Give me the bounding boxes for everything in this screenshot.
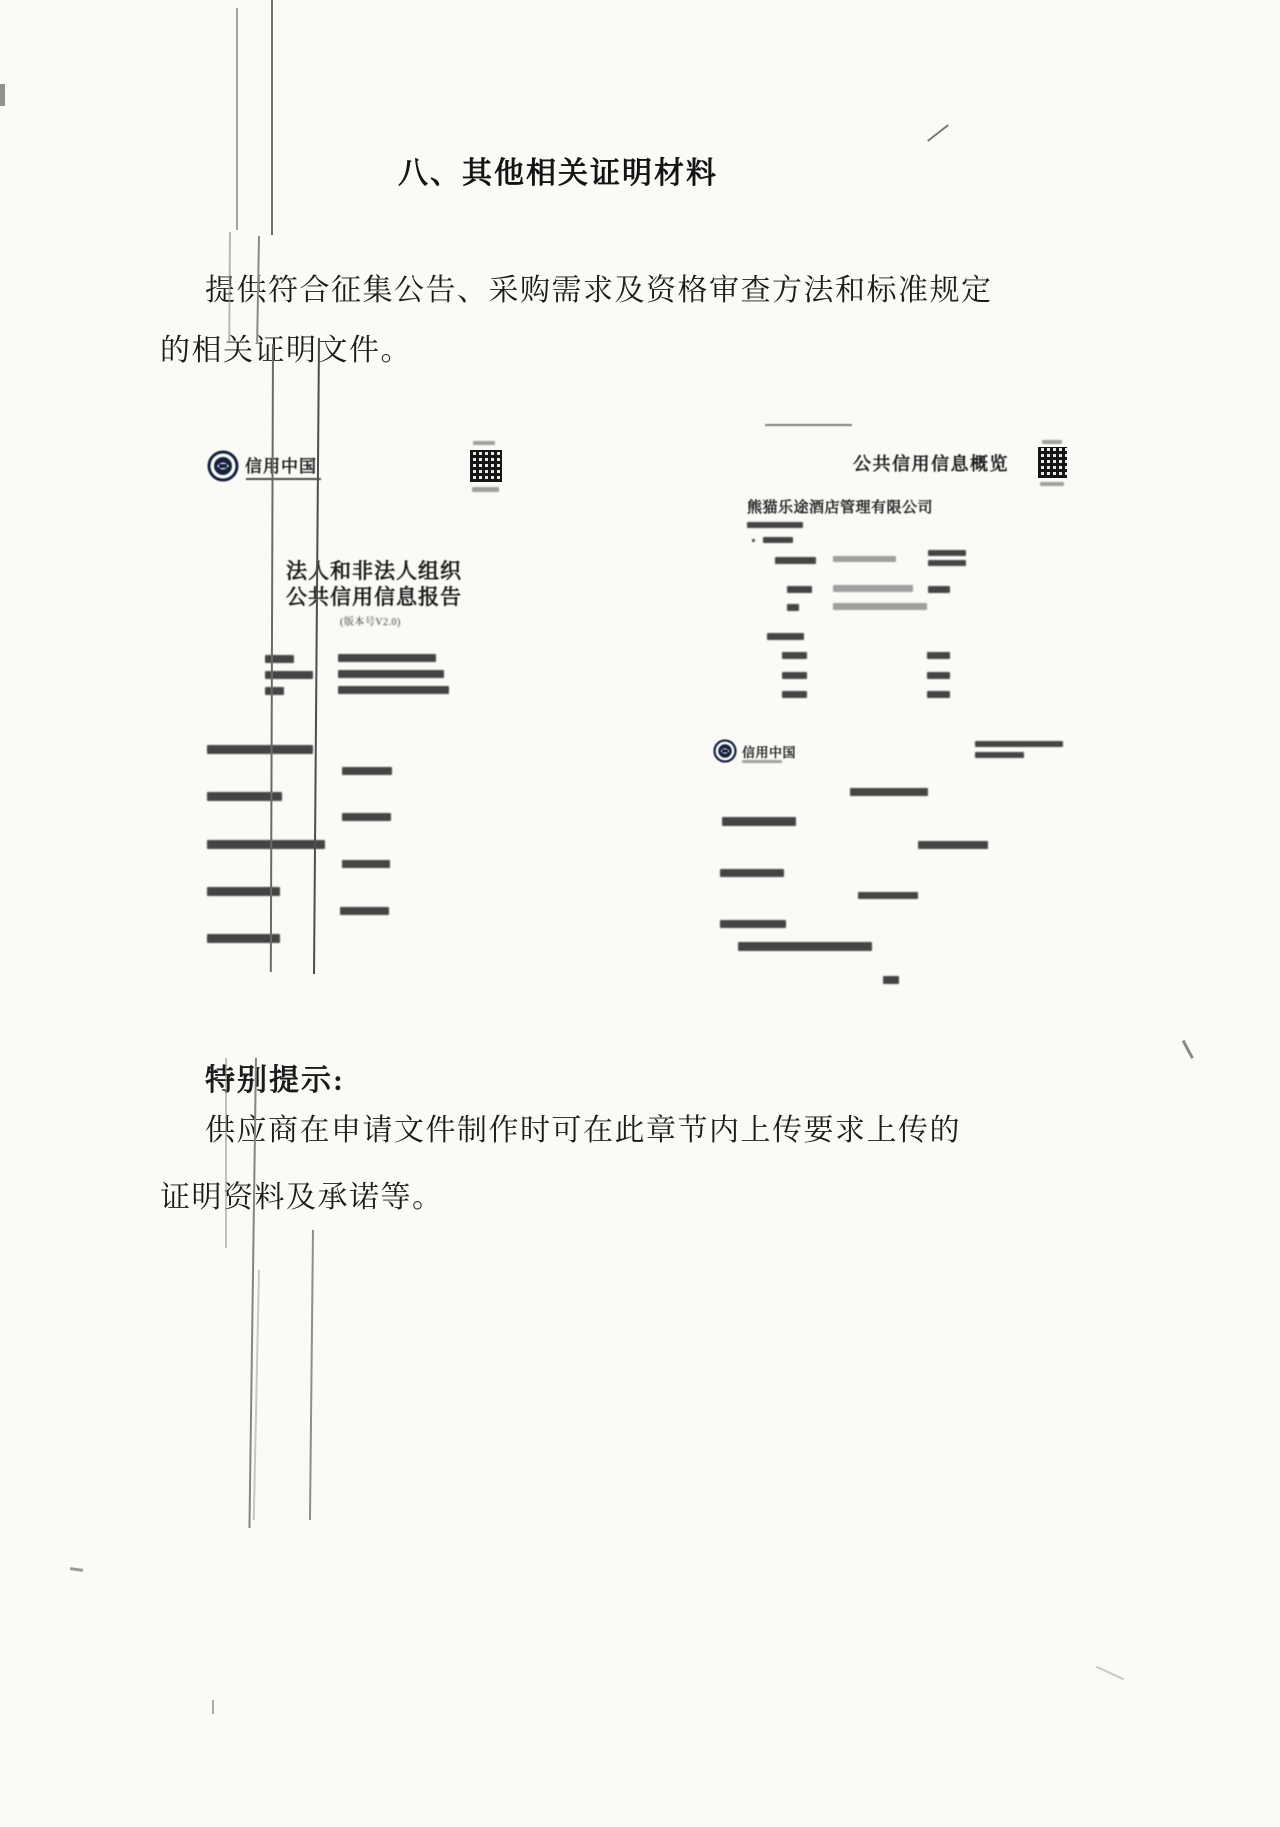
scan-fold-line [313,338,320,974]
qr-code-icon [1038,447,1067,478]
redacted-field-value [833,585,913,592]
redacted-item-heading [720,920,786,928]
overview-brand: 信用中国 [742,742,796,761]
redacted-row-label [782,672,807,679]
credit-report-brand: 信用中国 [245,452,317,477]
redacted-row-value [927,672,950,679]
scan-fold-line [236,8,238,230]
notice-paragraph-line-1: 供应商在申请文件制作时可在此章节内上传要求上传的 [205,1105,961,1149]
intro-paragraph-line-2: 的相关证明文件。 [160,325,412,369]
redacted-section-heading [207,840,325,849]
qr-code-icon [470,450,502,482]
redacted-field-value [833,556,896,562]
list-bullet [752,539,755,542]
redacted-field-label [787,604,799,611]
brand-underline [246,478,321,480]
credit-china-emblem-icon [713,739,737,768]
redacted-row-label [782,652,807,659]
redacted-center-note [918,841,988,849]
scan-fold-line [253,1270,260,1520]
credit-china-emblem-icon [207,450,239,487]
scan-fold-line [309,1230,314,1520]
redacted-center-note [850,788,928,796]
qr-caption-top [473,441,495,445]
redacted-field-label [265,655,294,663]
section-title: 八、其他相关证明材料 [398,148,718,192]
qr-caption-top [1042,440,1062,444]
redacted-section-note [342,767,392,775]
redacted-field-note [928,550,966,556]
redacted-item-heading [720,869,784,877]
redacted-row-value [927,652,950,659]
redacted-field-label [265,687,284,695]
redacted-field-value [338,670,444,678]
redacted-section-heading [207,887,280,896]
scan-stray-mark [927,124,949,142]
redacted-row-label [782,691,807,698]
scanned-document-page: 八、其他相关证明材料 提供符合征集公告、采购需求及资格审查方法和标准规定 的相关… [0,0,1280,1827]
notice-paragraph-line-2: 证明资料及承诺等。 [160,1172,444,1216]
redacted-center-note [858,892,918,899]
redacted-section-heading [207,745,313,754]
redacted-end-mark [883,976,899,984]
company-name: 熊猫乐途酒店管理有限公司 [747,496,933,517]
redacted-header-note [975,752,1024,758]
redacted-subline [747,522,803,528]
redacted-section-note [342,813,391,821]
redacted-subline [763,537,793,543]
redacted-section-note [340,907,389,915]
redacted-item-heading [722,817,796,826]
scan-edge-mark [0,84,5,106]
redacted-header-note [975,741,1063,747]
report-version: (版本号V2.0) [340,613,401,628]
redacted-section-note [342,860,390,868]
redacted-item-subline [738,942,872,951]
intro-paragraph-line-1: 提供符合征集公告、采购需求及资格审查方法和标准规定 [205,265,993,309]
qr-caption-bottom [472,487,499,492]
scan-stray-mark [70,1567,83,1572]
overview-title: 公共信用信息概览 [853,450,1009,476]
scan-fold-line [271,0,273,235]
redacted-field-note [928,560,966,566]
redacted-field-label [775,557,816,564]
scan-fold-line [225,1058,227,1248]
header-rule [765,424,852,426]
qr-caption-bottom [1040,482,1064,486]
redacted-field-value [833,603,927,610]
scan-stray-mark [1182,1040,1194,1059]
redacted-field-note [928,586,950,593]
redacted-field-label [787,586,812,593]
redacted-row-value [927,691,950,698]
redacted-field-value [338,654,436,662]
redacted-section-header [767,633,804,640]
scan-stray-mark [1096,1666,1124,1680]
brand-subline [742,760,782,763]
report-title-line-2: 公共信用信息报告 [286,581,462,611]
redacted-field-value [338,686,449,694]
scan-stray-mark [212,1700,214,1714]
